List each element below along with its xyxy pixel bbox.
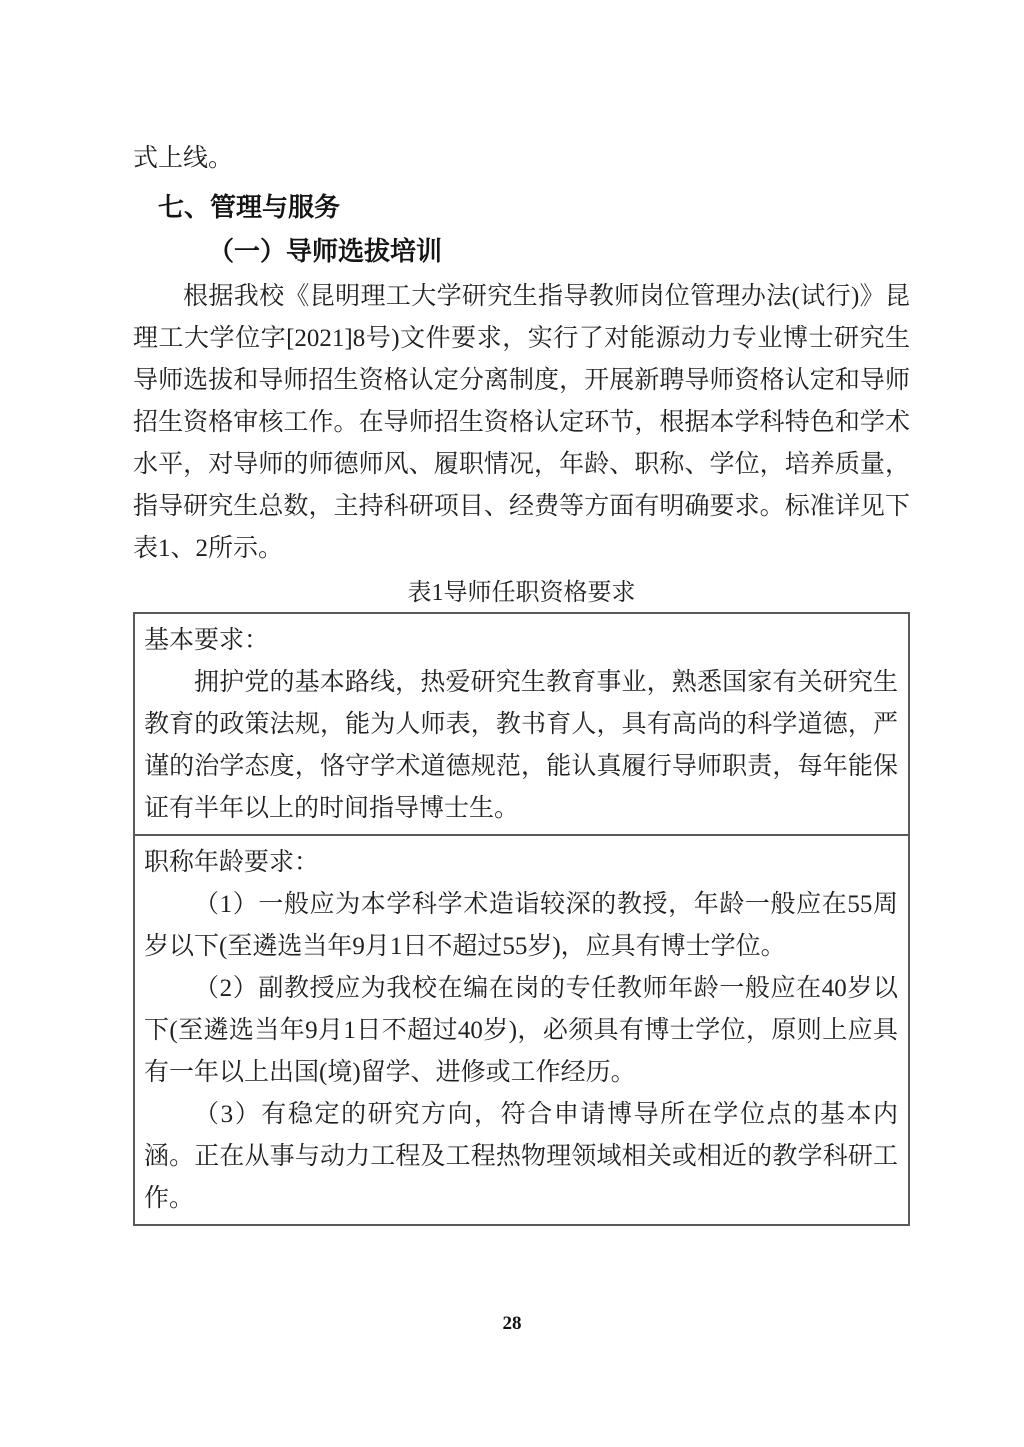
- table-cell-title-age-requirements: 职称年龄要求： （1）一般应为本学科学术造诣较深的教授，年龄一般应在55周岁以下…: [134, 835, 909, 1225]
- document-page: 式上线。 七、管理与服务 （一）导师选拔培训 根据我校《昆明理工大学研究生指导教…: [0, 0, 1024, 1447]
- requirements-table: 基本要求： 拥护党的基本路线，热爱研究生教育事业，熟悉国家有关研究生教育的政策法…: [133, 612, 910, 1226]
- subsection-heading: （一）导师选拔培训: [208, 230, 910, 274]
- continuation-text: 式上线。: [133, 138, 910, 180]
- table-caption: 表1导师任职资格要求: [133, 574, 910, 612]
- table-cell-basic-requirements: 基本要求： 拥护党的基本路线，热爱研究生教育事业，熟悉国家有关研究生教育的政策法…: [134, 613, 909, 835]
- basic-requirements-paragraph: 拥护党的基本路线，热爱研究生教育事业，熟悉国家有关研究生教育的政策法规，能为人师…: [144, 662, 898, 830]
- page-number: 28: [0, 1313, 1024, 1335]
- requirements-table-body: 基本要求： 拥护党的基本路线，热爱研究生教育事业，熟悉国家有关研究生教育的政策法…: [134, 613, 909, 1225]
- title-age-requirement-item-1: （1）一般应为本学科学术造诣较深的教授，年龄一般应在55周岁以下(至遴选当年9月…: [144, 884, 898, 968]
- title-age-requirements-label: 职称年龄要求：: [144, 842, 898, 884]
- section-heading: 七、管理与服务: [158, 186, 910, 228]
- table-row-basic-requirements: 基本要求： 拥护党的基本路线，热爱研究生教育事业，熟悉国家有关研究生教育的政策法…: [134, 613, 909, 835]
- intro-paragraph: 根据我校《昆明理工大学研究生指导教师岗位管理办法(试行)》昆理工大学位字[202…: [133, 276, 910, 570]
- table-row-title-age-requirements: 职称年龄要求： （1）一般应为本学科学术造诣较深的教授，年龄一般应在55周岁以下…: [134, 835, 909, 1225]
- basic-requirements-label: 基本要求：: [144, 620, 898, 662]
- title-age-requirement-item-3: （3）有稳定的研究方向，符合申请博导所在学位点的基本内涵。正在从事与动力工程及工…: [144, 1094, 898, 1220]
- title-age-requirement-item-2: （2）副教授应为我校在编在岗的专任教师年龄一般应在40岁以下(至遴选当年9月1日…: [144, 968, 898, 1094]
